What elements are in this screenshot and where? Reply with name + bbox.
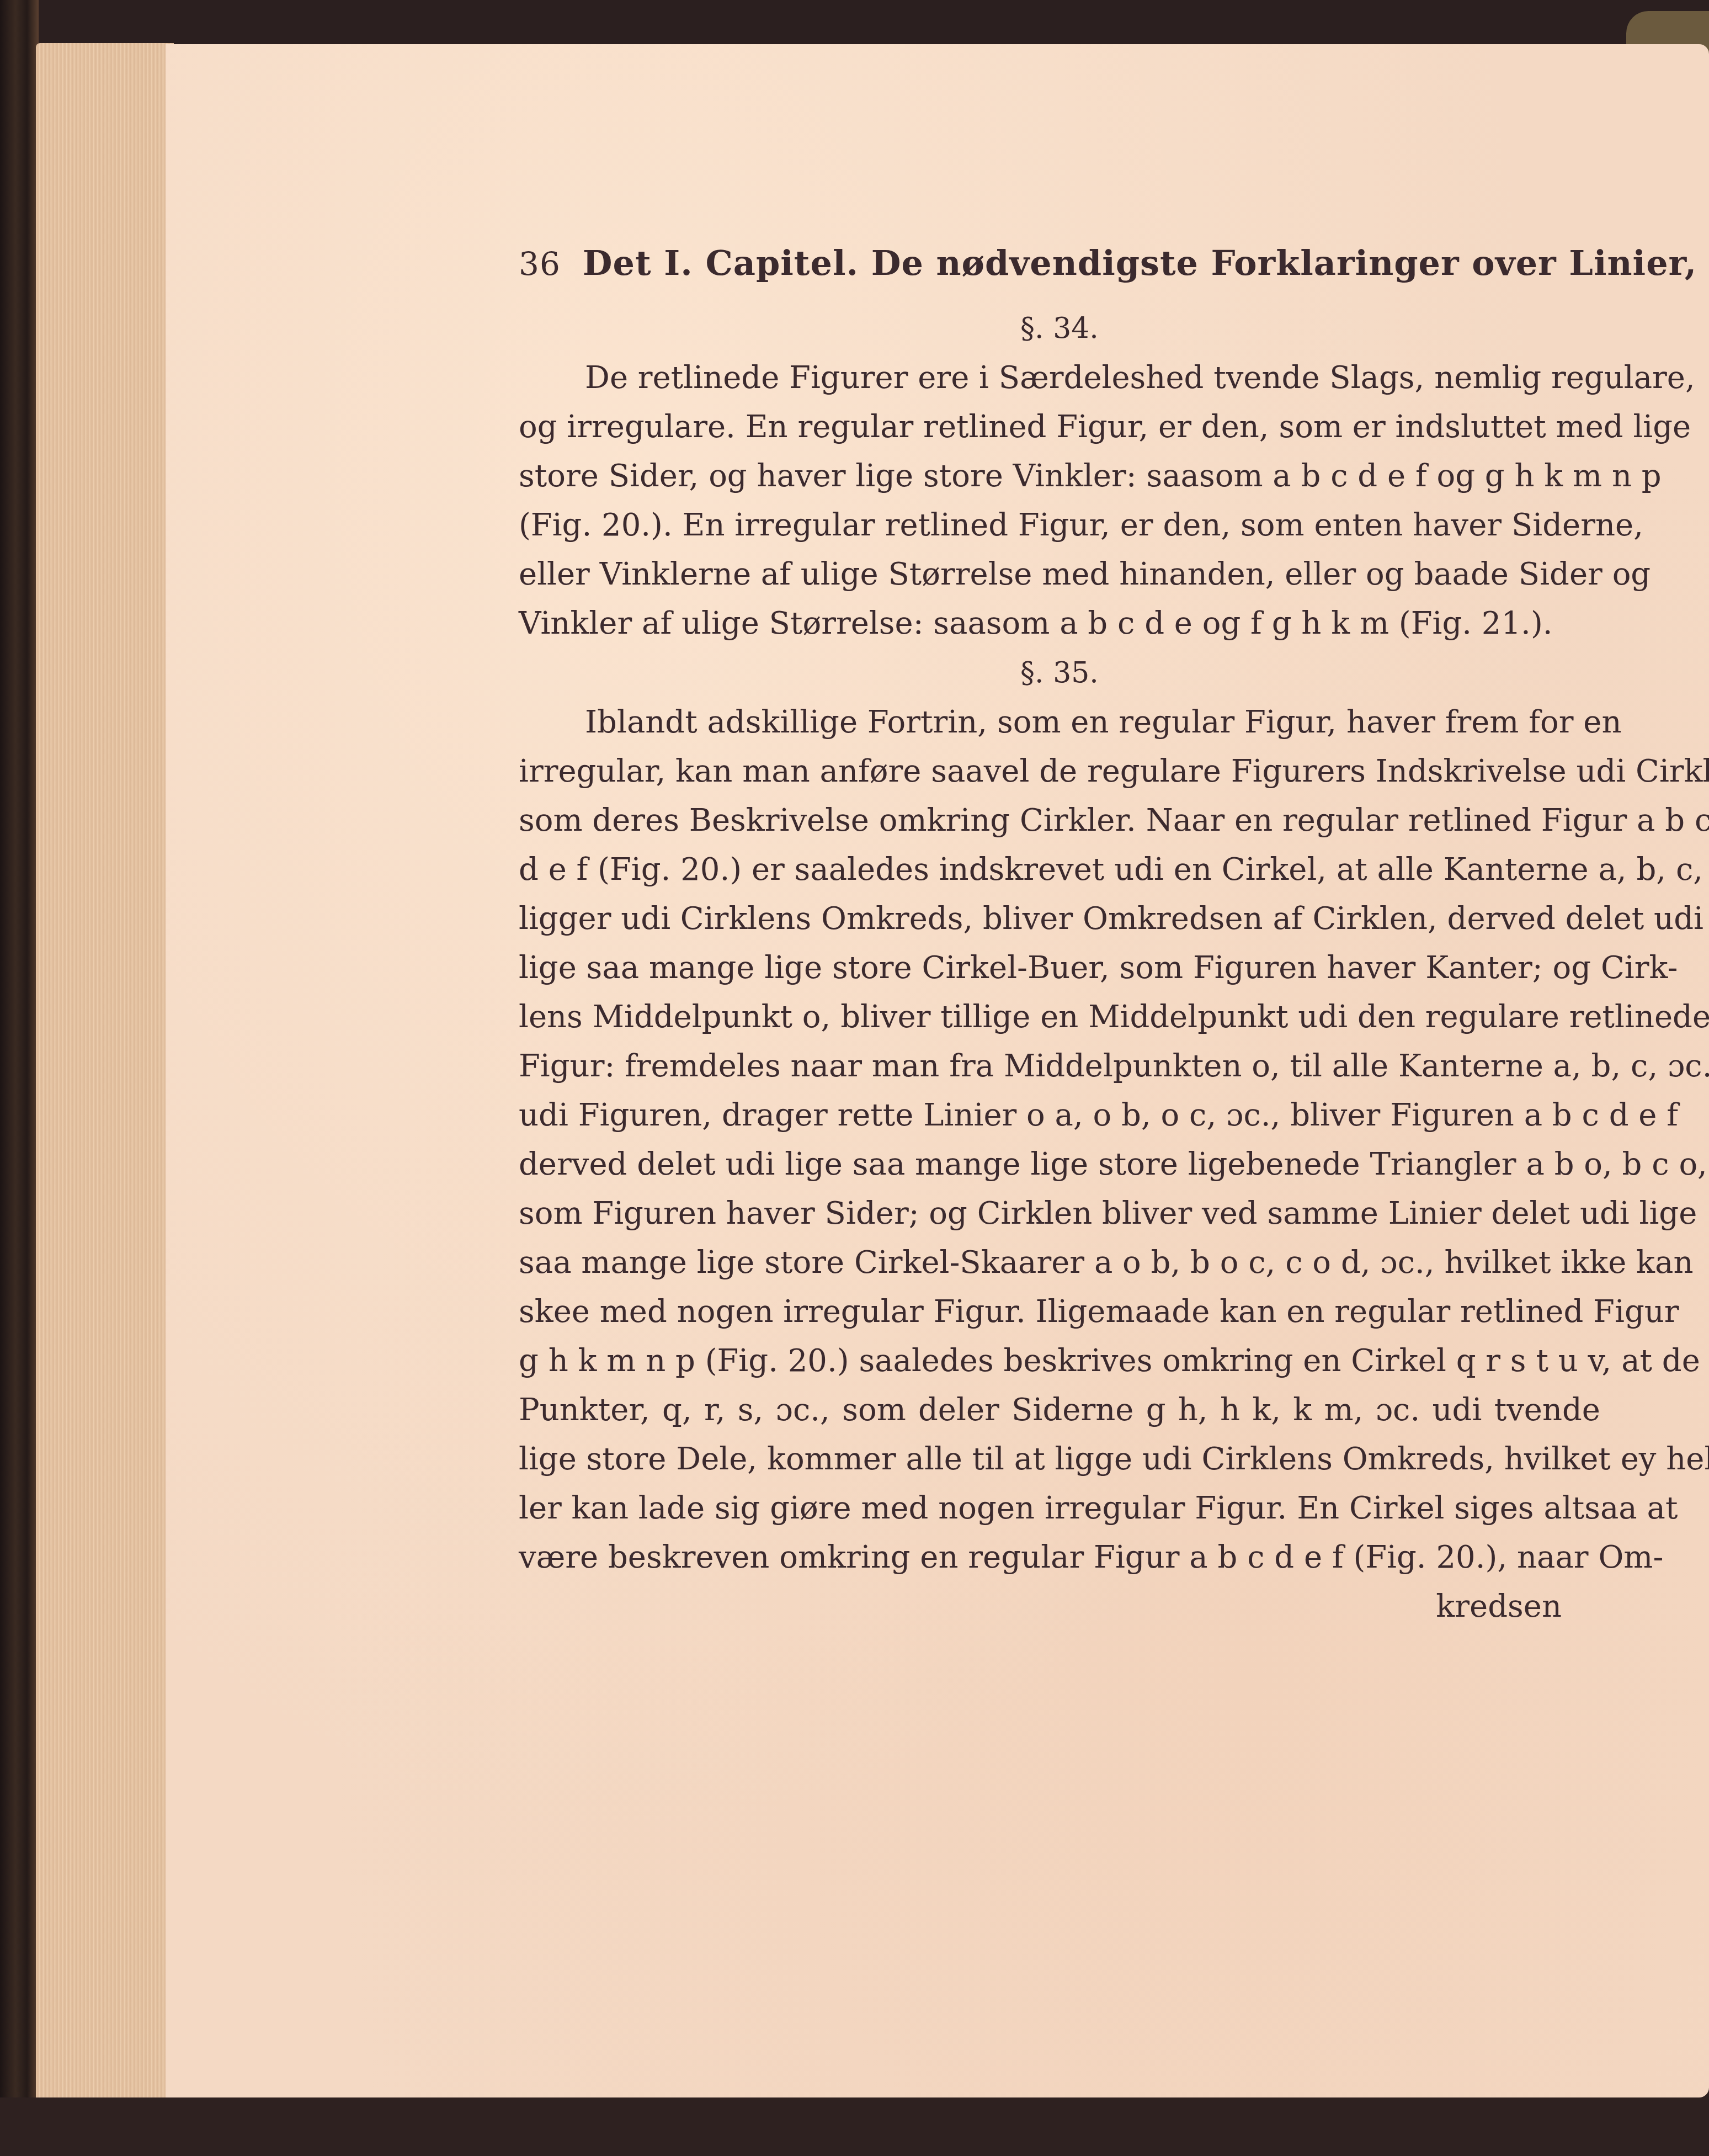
page-text-block: 36 Det I. Capitel. De nødvendigste Forkl… [519,243,1600,1631]
paragraph-35: Iblandt adskillige Fortrin, som en regul… [519,698,1600,1582]
text-line: derved delet udi lige saa mange lige sto… [519,1140,1600,1189]
text-line: De retlinede Figurer ere i Særdeleshed t… [519,353,1600,402]
text-line: Figur: fremdeles naar man fra Middelpunk… [519,1042,1600,1091]
book-cover-left [0,0,39,2156]
text-line: saa mange lige store Cirkel-Skaarer a o … [519,1238,1600,1287]
page-edges [36,43,174,2156]
text-line: g h k m n p (Fig. 20.) saaledes beskrive… [519,1336,1600,1385]
running-head: 36 Det I. Capitel. De nødvendigste Forkl… [519,243,1600,304]
text-line: som Figuren haver Sider; og Cirklen bliv… [519,1189,1600,1238]
paragraph-34: De retlinede Figurer ere i Særdeleshed t… [519,353,1600,648]
text-line: Iblandt adskillige Fortrin, som en regul… [519,698,1600,747]
catchword: kredsen [519,1582,1600,1631]
text-line: lige saa mange lige store Cirkel-Buer, s… [519,943,1600,992]
section-mark-34: §. 34. [519,304,1600,353]
text-line: være beskreven omkring en regular Figur … [519,1533,1600,1582]
text-line: og irregulare. En regular retlined Figur… [519,402,1600,452]
text-line: skee med nogen irregular Figur. Iligemaa… [519,1287,1600,1336]
text-line: store Sider, og haver lige store Vinkler… [519,452,1600,501]
text-line: (Fig. 20.). En irregular retlined Figur,… [519,501,1600,550]
text-line: d e f (Fig. 20.) er saaledes indskrevet … [519,845,1600,894]
text-line: ligger udi Cirklens Omkreds, bliver Omkr… [519,894,1600,943]
page-number: 36 [519,245,561,283]
text-line: ler kan lade sig giøre med nogen irregul… [519,1484,1600,1533]
book-cover-top [0,0,1709,44]
text-line: irregular, kan man anføre saavel de regu… [519,747,1600,796]
text-line: Vinkler af ulige Størrelse: saasom a b c… [519,599,1600,648]
book-cover-bottom [0,2097,1709,2156]
text-line: udi Figuren, drager rette Linier o a, o … [519,1091,1600,1140]
text-line: eller Vinklerne af ulige Størrelse med h… [519,550,1600,599]
running-head-title: Det I. Capitel. De nødvendigste Forklari… [583,243,1697,283]
text-line: Punkter, q, r, s, ɔc., som deler Siderne… [519,1385,1600,1435]
section-mark-35: §. 35. [519,648,1600,698]
text-line: lige store Dele, kommer alle til at ligg… [519,1435,1600,1484]
text-line: som deres Beskrivelse omkring Cirkler. N… [519,796,1600,845]
text-line: lens Middelpunkt o, bliver tillige en Mi… [519,992,1600,1042]
